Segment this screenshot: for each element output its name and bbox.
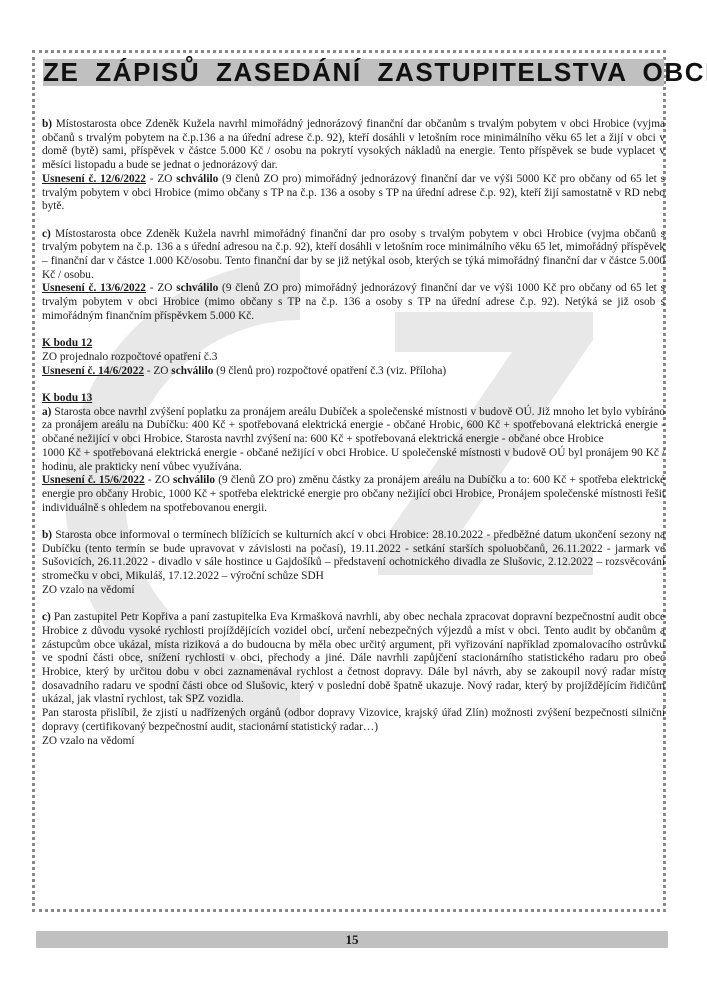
page-title: ZE ZÁPISŮ ZASEDÁNÍ ZASTUPITELSTVA OBCE [43,57,664,88]
resolution-number: Usnesení č. 12/6/2022 [42,173,146,185]
paragraph-text: ZO projednalo rozpočtové opatření č.3 [42,351,665,365]
section-b-energy-gift: b) Místostarosta obce Zdeněk Kužela navr… [42,118,665,214]
paragraph-text: Místostarosta obce Zdeněk Kužela navrhl … [42,118,665,171]
paragraph: b) Starosta obce informoval o termínech … [42,529,665,584]
resolution-separator: - ZO [145,474,173,486]
resolution-number: Usnesení č. 15/6/2022 [42,474,145,486]
note: ZO vzalo na vědomí [42,584,665,598]
item-label: c) [42,228,51,240]
resolution-verb: schválilo [171,365,213,377]
resolution-separator: - ZO [144,365,171,377]
item-label: a) [42,406,51,418]
section-k-bodu-13-b: b) Starosta obce informoval o termínech … [42,529,665,598]
paragraph: b) Místostarosta obce Zdeněk Kužela navr… [42,118,665,173]
resolution-verb: schválilo [176,173,218,185]
resolution: Usnesení č. 13/6/2022 - ZO schválilo (9 … [42,282,665,323]
document-body: b) Místostarosta obce Zdeněk Kužela navr… [42,118,665,762]
resolution-separator: - ZO [146,173,176,185]
section-c-energy-gift: c) Místostarosta obce Zdeněk Kužela navr… [42,228,665,324]
section-k-bodu-12: K bodu 12 ZO projednalo rozpočtové opatř… [42,337,665,378]
note: ZO vzalo na vědomí [42,735,665,749]
section-k-bodu-13-c: c) Pan zastupitel Petr Kopřiva a paní za… [42,611,665,748]
item-label: c) [42,611,51,623]
page-number: 15 [36,931,668,948]
resolution-number: Usnesení č. 14/6/2022 [42,365,144,377]
item-label: b) [42,529,52,541]
paragraph-text: Pan zastupitel Petr Kopřiva a paní zastu… [42,611,665,705]
resolution-verb: schválilo [173,474,215,486]
section-heading: K bodu 13 [42,392,665,406]
paragraph: c) Pan zastupitel Petr Kopřiva a paní za… [42,611,665,707]
resolution-text: (9 členů pro) rozpočtové opatření č.3 (v… [213,365,446,377]
resolution: Usnesení č. 14/6/2022 - ZO schválilo (9 … [42,365,665,379]
item-label: b) [42,118,52,130]
resolution-number: Usnesení č. 13/6/2022 [42,282,146,294]
resolution-separator: - ZO [146,282,176,294]
resolution-verb: schválilo [176,282,218,294]
paragraph: a) Starosta obce navrhl zvýšení poplatku… [42,406,665,447]
paragraph-text: Místostarosta obce Zdeněk Kužela navrhl … [42,228,665,281]
paragraph-text: Pan starosta přislíbil, že zjistí u nadř… [42,707,665,734]
paragraph-text: Starosta obce informoval o termínech blí… [42,529,665,582]
section-heading: K bodu 12 [42,337,665,351]
resolution: Usnesení č. 15/6/2022 - ZO schválilo (9 … [42,474,665,515]
section-k-bodu-13-a: K bodu 13 a) Starosta obce navrhl zvýšen… [42,392,665,515]
paragraph-text: 1000 Kč + spotřebovaná elektrická energi… [42,447,665,474]
paragraph-text: Starosta obce navrhl zvýšení poplatku za… [42,406,665,445]
paragraph: c) Místostarosta obce Zdeněk Kužela navr… [42,228,665,283]
resolution: Usnesení č. 12/6/2022 - ZO schválilo (9 … [42,173,665,214]
